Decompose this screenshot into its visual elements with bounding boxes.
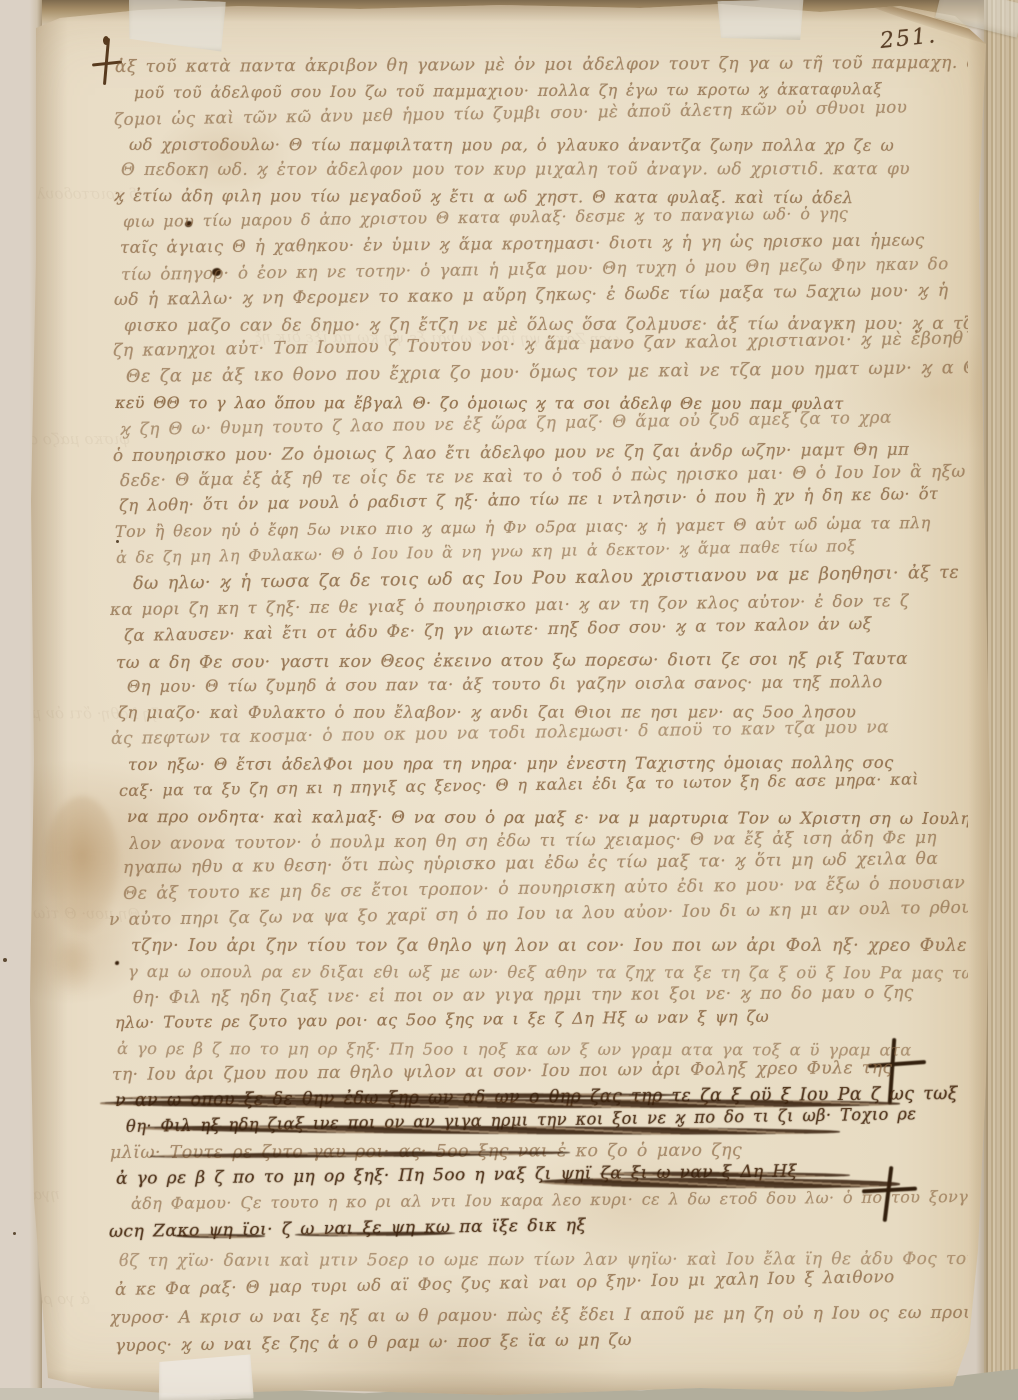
manuscript-line: ωδ ἡ καλλω· ϗ νη Φερομεν το κακο μ αὔρη …: [114, 280, 949, 309]
manuscript-line: ηλω· Τουτε ρε ζυτο γαυ ροι· ας 5οο ξης ν…: [115, 1007, 769, 1032]
manuscript-line: ηγαπω ηθυ α κυ θεση· ὅτι πὼς ηὑρισκο μαι…: [123, 849, 938, 878]
dust-speck: [13, 1232, 16, 1235]
manuscript-line: ἀξ τοῦ κατὰ παντα ἀκριβον θη γανων μὲ ὁν…: [115, 53, 968, 77]
manuscript-line: γυρος· ϗ ω ναι ξε ζης ἀ ο θ ραμ ω· ποσ ξ…: [115, 1329, 632, 1355]
manuscript-page: 251. ωδ χριστοδουλω· Θ τίω παμφιλτατη μο…: [0, 0, 1018, 1400]
manuscript-line: γ αμ ω οπουλ ρα εν διξαι εθι ωξ με ων· θ…: [128, 962, 968, 982]
strikethrough-mark: [175, 1234, 265, 1238]
tape-strip: [157, 1354, 253, 1400]
manuscript-line: ωϲη Ζακο ψη ϊοι· ζ ω ναι ξε ψη κω πα ϊξε…: [109, 1216, 587, 1242]
manuscript-line: τζην· Ιου ἀρι ζην τίου τον ζα θηλο ψη λο…: [131, 936, 968, 956]
manuscript-line: Θη μου· Θ τίω ζυμηδ ἀ σου παν τα· ἀξ του…: [127, 673, 883, 697]
margin-stain-small: [50, 938, 96, 992]
manuscript-line: ταῖς ἁγιαις Θ ἡ χαθηκου· ἐν ὑμιν ϗ ἅμα κ…: [120, 230, 925, 257]
manuscript-line: ωδ χριστοδουλω· Θ τίω παμφιλτατη μου ρα,…: [129, 135, 894, 155]
manuscript-line: ἀς πεφτων τα κοσμα· ὁ που οκ μου να τοδι…: [111, 717, 889, 749]
manuscript-line: τη· Ιου ἀρι ζμου που πα θηλο ψιλον αι σο…: [112, 1058, 893, 1085]
manuscript-line: ϲαξ· μα τα ξυ ζη ση κι η πηγιξ ας ξενος·…: [119, 769, 919, 800]
manuscript-line: χυροσ· Α κρισ ω ναι ξε ηξ αι ω θ ραμου· …: [110, 1301, 968, 1326]
manuscript-line: ν αὐτο πηρι ζα ζω να ψα ξο χαρϊ ση ὁ πο …: [109, 898, 968, 930]
manuscript-line: δω ηλω· ϗ ἡ τωσα ζα δε τοις ωδ ας Ιου Ρο…: [133, 563, 959, 594]
tape-strip: [717, 0, 804, 42]
manuscript-line: Θ πεδοκη ωδ. ϗ ἐτον ἀδελφον μου τον κυρ …: [121, 160, 910, 181]
manuscript-line: φιω μου τίω μαρου δ ἀπο χριστου Θ κατα φ…: [123, 204, 848, 231]
manuscript-line: να προ ονδητα· καὶ καλμαξ· Θ να σου ὁ ρα…: [127, 807, 968, 828]
manuscript-line: λον ανονα τουτον· ὁ πουλμ κοη θη ση ἐδω …: [129, 826, 937, 852]
strikethrough-mark: [540, 1177, 900, 1189]
manuscript-line: τω α δη Φε σου· γαστι κον Θεος ἐκεινο ατ…: [116, 648, 908, 672]
dust-speck: [116, 540, 119, 543]
manuscript-line: ἀ δε ζη μη λη Φυλακω· Θ ὁ Ιου Ιου ἃ νη γ…: [116, 536, 857, 567]
page-stack-edge: [984, 0, 1018, 1400]
strikethrough-mark: [100, 1099, 900, 1108]
ink-blot: [115, 961, 119, 965]
manuscript-line: τίω ὁπηγορ· ὁ ἐον κη νε τοτην· ὁ γαπι ἡ …: [121, 253, 949, 284]
manuscript-photo: 251. ωδ χριστοδουλω· Θ τίω παμφιλτατη μο…: [0, 0, 1018, 1400]
manuscript-line: ἀδη Φαμου· Ϛε τουτο η κο ρι αλ ντι Ιου κ…: [131, 1187, 968, 1213]
manuscript-line: θη· Φιλ ηξ ηδη ζιαξ ινε· εἰ ποι ον αν γι…: [133, 982, 914, 1007]
dust-speck: [3, 958, 7, 962]
manuscript-line: Θε ζα με ἀξ ικο θονο που ἔχρια ζο μου· ὅ…: [126, 358, 968, 387]
manuscript-line: ἀ γο ρε β ζ πο το μη ορ ξηξ· Πη 5οο ι ηο…: [117, 1039, 912, 1060]
folio-number: 251.: [879, 23, 938, 54]
manuscript-line: ὁ πουηρισκο μου· Ζο ὁμοιως ζ λαο ἔτι ἀδε…: [113, 438, 910, 464]
manuscript-line: ζα κλαυσεν· καὶ ἔτι οτ ἀδυ Φε· ζη γν αιω…: [124, 614, 872, 645]
